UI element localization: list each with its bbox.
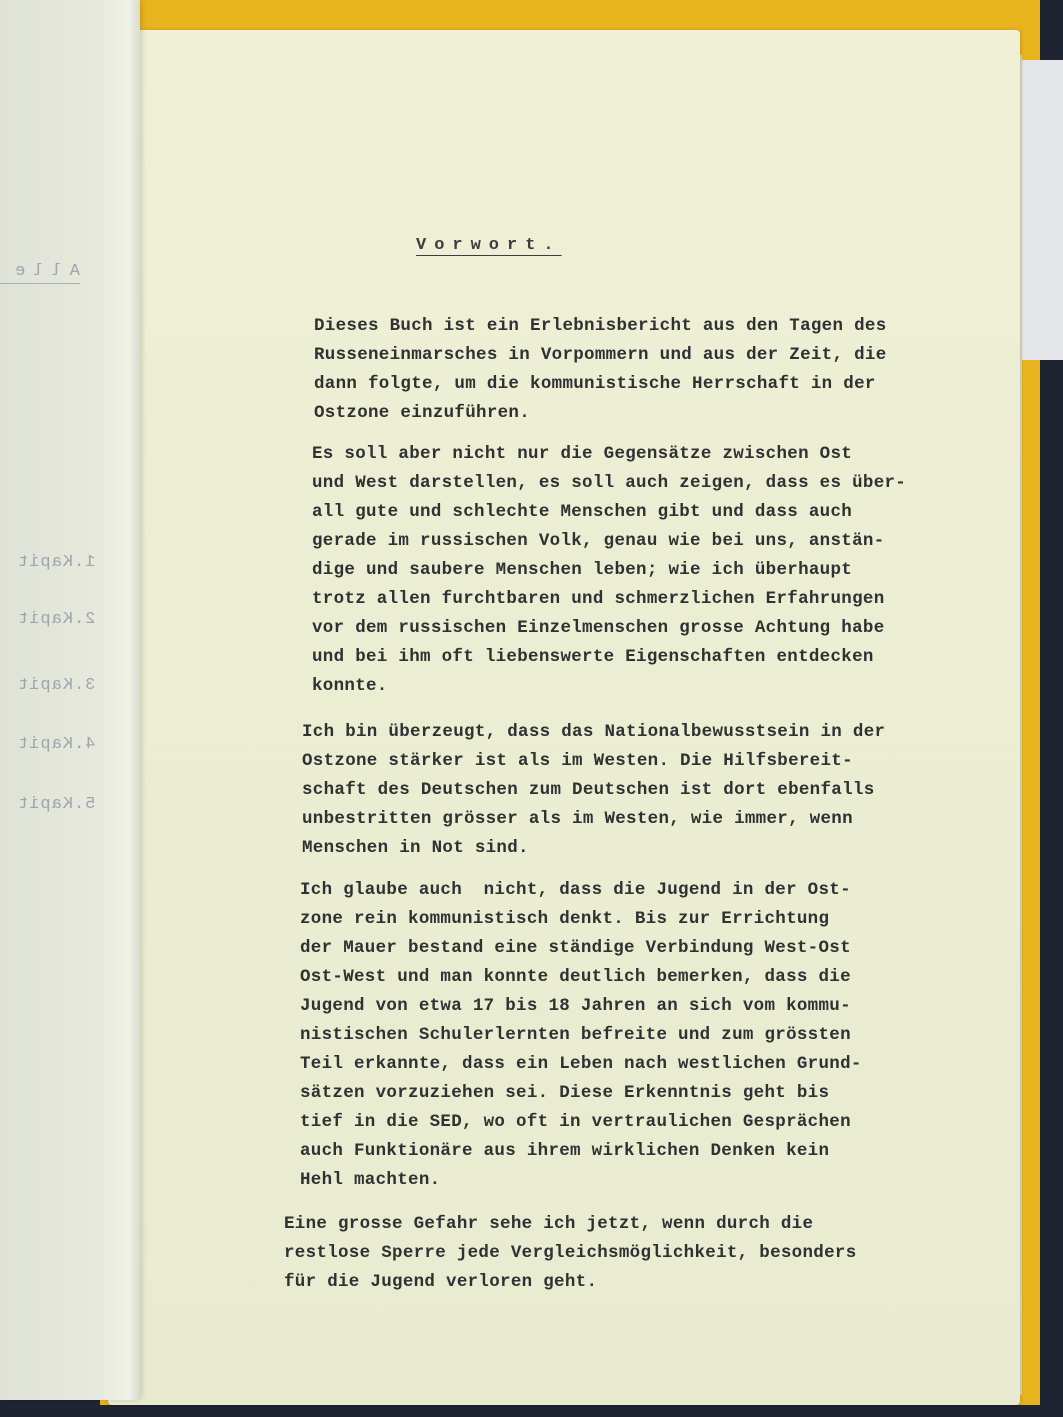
text-line: nistischen Schulerlernten befreite und z… bbox=[300, 1021, 862, 1050]
paragraph-4: Ich glaube auch nicht, dass die Jugend i… bbox=[300, 876, 862, 1195]
text-line: Menschen in Not sind. bbox=[302, 834, 885, 863]
text-line: sätzen vorzuziehen sei. Diese Erkenntnis… bbox=[300, 1079, 862, 1108]
text-line: Ostzone einzuführen. bbox=[314, 399, 887, 428]
text-line: konnte. bbox=[312, 672, 906, 701]
text-line: unbestritten grösser als im Westen, wie … bbox=[302, 805, 885, 834]
paragraph-5: Eine grosse Gefahr sehe ich jetzt, wenn … bbox=[284, 1210, 857, 1297]
text-line: der Mauer bestand eine ständige Verbindu… bbox=[300, 934, 862, 963]
text-line: zone rein kommunistisch denkt. Bis zur E… bbox=[300, 905, 862, 934]
text-line: schaft des Deutschen zum Deutschen ist d… bbox=[302, 776, 885, 805]
text-line: trotz allen furchtbaren und schmerzliche… bbox=[312, 585, 906, 614]
text-line: Ich bin überzeugt, dass das Nationalbewu… bbox=[302, 718, 885, 747]
text-line: auch Funktionäre aus ihrem wirklichen De… bbox=[300, 1137, 862, 1166]
text-line: Hehl machten. bbox=[300, 1166, 862, 1195]
text-line: Ostzone stärker ist als im Westen. Die H… bbox=[302, 747, 885, 776]
text-line: all gute und schlechte Menschen gibt und… bbox=[312, 498, 906, 527]
text-line: Russeneinmarsches in Vorpommern und aus … bbox=[314, 341, 887, 370]
text-line: gerade im russischen Volk, genau wie bei… bbox=[312, 527, 906, 556]
text-line: dige und saubere Menschen leben; wie ich… bbox=[312, 556, 906, 585]
page-content: Vorwort. Dieses Buch ist ein Erlebnisber… bbox=[0, 0, 1063, 1417]
text-line: für die Jugend verloren geht. bbox=[284, 1268, 857, 1297]
text-line: und bei ihm oft liebenswerte Eigenschaft… bbox=[312, 643, 906, 672]
text-line: dann folgte, um die kommunistische Herrs… bbox=[314, 370, 887, 399]
paragraph-1: Dieses Buch ist ein Erlebnisbericht aus … bbox=[314, 312, 887, 428]
text-line: Teil erkannte, dass ein Leben nach westl… bbox=[300, 1050, 862, 1079]
page-title: Vorwort. bbox=[416, 236, 562, 255]
text-line: Ich glaube auch nicht, dass die Jugend i… bbox=[300, 876, 862, 905]
text-line: vor dem russischen Einzelmenschen grosse… bbox=[312, 614, 906, 643]
text-line: Es soll aber nicht nur die Gegensätze zw… bbox=[312, 440, 906, 469]
text-line: Eine grosse Gefahr sehe ich jetzt, wenn … bbox=[284, 1210, 857, 1239]
paragraph-3: Ich bin überzeugt, dass das Nationalbewu… bbox=[302, 718, 885, 863]
text-line: tief in die SED, wo oft in vertraulichen… bbox=[300, 1108, 862, 1137]
text-line: und West darstellen, es soll auch zeigen… bbox=[312, 469, 906, 498]
text-line: restlose Sperre jede Vergleichsmöglichke… bbox=[284, 1239, 857, 1268]
text-line: Ost-West und man konnte deutlich bemerke… bbox=[300, 963, 862, 992]
text-line: Dieses Buch ist ein Erlebnisbericht aus … bbox=[314, 312, 887, 341]
paragraph-2: Es soll aber nicht nur die Gegensätze zw… bbox=[312, 440, 906, 701]
text-line: Jugend von etwa 17 bis 18 Jahren an sich… bbox=[300, 992, 862, 1021]
